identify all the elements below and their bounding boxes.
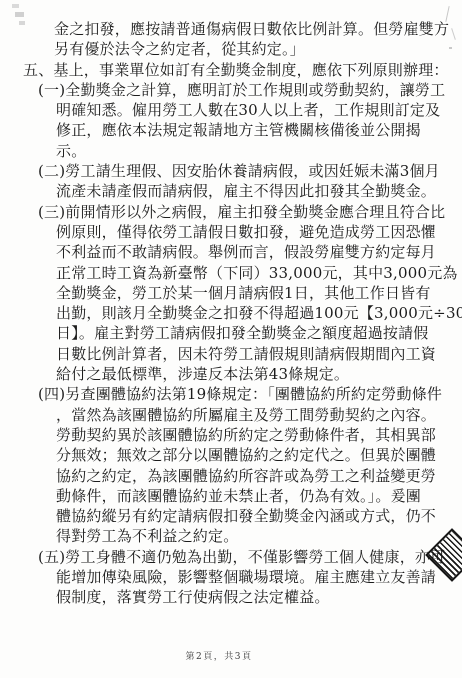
doc-line: 日數比例計算者，因未符勞工請假規則請病假期間內工資 (56, 344, 455, 364)
doc-line: 日】。雇主對勞工請病假扣發全勤獎金之額度超過按請假 (56, 323, 455, 343)
doc-line: 給付之最低標準，涉違反本法第43條規定。 (56, 364, 455, 384)
doc-line: 示。 (56, 141, 455, 161)
doc-line: 正常工時工資為新臺幣（下同）33,000元，其中3,000元為 (56, 263, 455, 283)
doc-line: 動條件，而該團體協約並未禁止者，仍為有效。」。爰團 (56, 486, 455, 506)
doc-line: (三)前開情形以外之病假，雇主扣發全勤獎金應合理且符合比 (38, 202, 455, 222)
scan-artifact (449, 47, 452, 49)
doc-line: 明確知悉。僱用勞工人數在30人以上者，工作規則訂定及 (56, 100, 455, 120)
page-number: 第2頁，共3頁 (0, 649, 450, 662)
doc-line: (一)全勤獎金之計算，應明訂於工作規則或勞動契約，讓勞工 (38, 80, 455, 100)
scan-artifact (19, 21, 25, 25)
doc-line: 出勤，則該月全勤獎金之扣發不得超過100元【3,000元÷30 (56, 303, 455, 323)
doc-line: 假制度，落實勞工行使病假之法定權益。 (56, 587, 455, 607)
doc-line: 五、基上，事業單位如訂有全勤獎金制度，應依下列原則辦理： (23, 60, 455, 80)
doc-line: 體協約縱另有約定請病假扣發全勤獎金內涵或方式，仍不 (56, 506, 455, 526)
doc-line: 例原則，僅得依勞工請假日數扣發，避免造成勞工因恐懼 (56, 222, 455, 242)
scanned-document-page: 金之扣發，應按請普通傷病假日數依比例計算。但勞雇雙方另有優於法令之約定者，從其約… (0, 0, 462, 678)
doc-line: 另有優於法令之約定者，從其約定。」 (54, 39, 455, 59)
doc-line: 能增加傳染風險，影響整個職場環境。雇主應建立友善請 (56, 567, 455, 587)
doc-line: (四)另查團體協約法第19條規定：「團體協約所約定勞動條件 (38, 384, 455, 404)
doc-line: 勞動契約異於該團體協約所約定之勞動條件者，其相異部 (56, 425, 455, 445)
doc-line: 得對勞工為不利益之約定。 (56, 526, 455, 546)
doc-line: 分無效；無效之部分以團體協約之約定代之。但異於團體 (56, 445, 455, 465)
doc-line: (五)勞工身體不適仍勉為出勤，不僅影響勞工個人健康，亦可 (38, 547, 455, 567)
scan-artifact (15, 12, 24, 17)
document-lines: 金之扣發，應按請普通傷病假日數依比例計算。但勞雇雙方另有優於法令之約定者，從其約… (23, 19, 455, 608)
doc-line: 全勤獎金，勞工於某一個月請病假1日，其他工作日皆有 (56, 283, 455, 303)
doc-line: 修正，應依本法規定報請地方主管機關核備後並公開揭 (56, 120, 455, 140)
doc-line: (二)勞工請生理假、因安胎休養請病假，或因妊娠未滿3個月 (38, 161, 455, 181)
doc-line: ，當然為該團體協約所屬雇主及勞工間勞動契約之內容。 (56, 405, 455, 425)
doc-line: 金之扣發，應按請普通傷病假日數依比例計算。但勞雇雙方 (54, 19, 455, 39)
scan-artifact (12, 4, 19, 8)
doc-line: 流產未請產假而請病假，雇主不得因此扣發其全勤獎金。 (56, 181, 455, 201)
doc-line: 協約之約定，為該團體協約所容許或為勞工之利益變更勞 (56, 466, 455, 486)
doc-line: 不利益而不敢請病假。舉例而言，假設勞雇雙方約定每月 (56, 242, 455, 262)
